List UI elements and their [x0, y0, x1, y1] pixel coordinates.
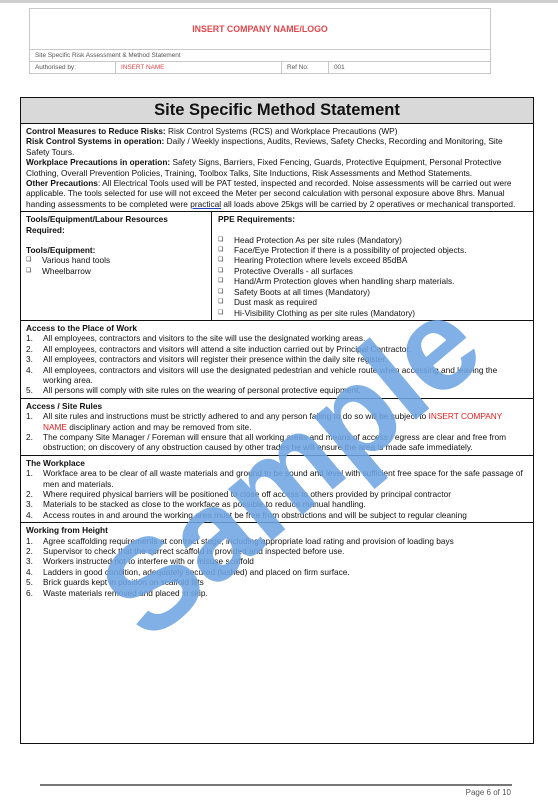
- list-item: ❑Dust mask as required: [218, 297, 528, 307]
- list-item: 6.Waste materials removed and placed in …: [26, 588, 528, 598]
- workplace-item: Access routes in and around the working …: [43, 510, 467, 520]
- list-item: ❑Protective Overalls - all surfaces: [218, 266, 528, 276]
- ppe-item: Protective Overalls - all surfaces: [234, 266, 353, 276]
- access-item: All employees, contractors and visitors …: [43, 354, 387, 364]
- checkbox-icon: ❑: [218, 266, 234, 276]
- control-measures-label: Control Measures to Reduce Risks:: [26, 126, 166, 136]
- checkbox-icon: ❑: [218, 255, 234, 265]
- access-item: All persons will comply with site rules …: [43, 385, 361, 395]
- rule-text: disciplinary action and may be removed f…: [67, 422, 251, 432]
- height-item: Waste materials removed and placed in sk…: [43, 588, 208, 598]
- risk-control-label: Risk Control Systems in operation:: [26, 136, 164, 146]
- list-item: 2.Where required physical barriers will …: [26, 489, 528, 499]
- list-item: 2.The company Site Manager / Foreman wil…: [26, 432, 528, 453]
- page-number: Page 6 of 10: [466, 788, 511, 797]
- checkbox-icon: ❑: [218, 245, 234, 255]
- tools-subheading: Tools/Equipment:: [26, 245, 95, 255]
- height-heading: Working from Height: [26, 525, 108, 535]
- list-item: 5.Brick guards kept in position on scaff…: [26, 577, 528, 587]
- checkbox-icon: ❑: [26, 266, 42, 276]
- access-rules-section: Access / Site Rules 1.All site rules and…: [21, 399, 533, 456]
- list-item: ❑Head Protection As per site rules (Mand…: [218, 235, 528, 245]
- ref-label: Ref No:: [282, 62, 329, 73]
- workplace-section: The Workplace 1.Workface area to be clea…: [21, 456, 533, 523]
- control-measures-text: Risk Control Systems (RCS) and Workplace…: [166, 126, 398, 136]
- ppe-section: PPE Requirements: ❑Head Protection As pe…: [212, 212, 533, 320]
- list-item: 4.All employees, contractors and visitor…: [26, 365, 528, 386]
- company-logo-placeholder: INSERT COMPANY NAME/LOGO: [30, 9, 490, 50]
- list-item: ❑Various hand tools: [26, 255, 206, 265]
- list-item: 2.All employees, contractors and visitor…: [26, 344, 528, 354]
- list-item: 5.All persons will comply with site rule…: [26, 385, 528, 395]
- workplace-list: 1.Workface area to be clear of all waste…: [26, 468, 528, 520]
- access-list: 1.All employees, contractors and visitor…: [26, 333, 528, 395]
- checkbox-icon: ❑: [218, 235, 234, 245]
- list-item: ❑Safety Boots at all times (Mandatory): [218, 287, 528, 297]
- access-rules-heading: Access / Site Rules: [26, 401, 102, 411]
- footer-divider: [40, 784, 512, 786]
- list-item: 3.All employees, contractors and visitor…: [26, 354, 528, 364]
- checkbox-icon: ❑: [218, 287, 234, 297]
- ppe-item: Safety Boots at all times (Mandatory): [234, 287, 370, 297]
- other-precautions-label: Other Precautions: [26, 178, 98, 188]
- list-item: 3.Materials to be stacked as close to th…: [26, 499, 528, 509]
- workplace-heading: The Workplace: [26, 458, 85, 468]
- document-header: INSERT COMPANY NAME/LOGO Site Specific R…: [29, 8, 491, 74]
- tools-list: ❑Various hand tools ❑Wheelbarrow: [26, 255, 206, 276]
- ppe-item: Hi-Visibility Clothing as per site rules…: [234, 308, 415, 318]
- access-item: All employees, contractors and visitors …: [43, 333, 365, 343]
- ref-value: 001: [329, 62, 490, 73]
- height-item: Workers instructed not to interfere with…: [43, 556, 254, 566]
- list-item: ❑Hearing Protection where levels exceed …: [218, 255, 528, 265]
- list-item: 3.Workers instructed not to interfere wi…: [26, 556, 528, 566]
- checkbox-icon: ❑: [218, 276, 234, 286]
- height-item: Brick guards kept in position on scaffol…: [43, 577, 204, 587]
- list-item: 1.All employees, contractors and visitor…: [26, 333, 528, 343]
- authorised-by-value: INSERT NAME: [116, 62, 282, 73]
- height-list: 1.Agree scaffolding requirements at cont…: [26, 536, 528, 598]
- list-item: 4.Access routes in and around the workin…: [26, 510, 528, 520]
- workplace-item: Workface area to be clear of all waste m…: [43, 468, 528, 489]
- access-rules-list: 1.All site rules and instructions must b…: [26, 411, 528, 453]
- tools-section: Tools/Equipment/Labour Resources Require…: [21, 212, 212, 320]
- height-item: Supervisor to check that the correct sca…: [43, 546, 344, 556]
- list-item: 2.Supervisor to check that the correct s…: [26, 546, 528, 556]
- access-item: All employees, contractors and visitors …: [43, 344, 411, 354]
- workplace-item: Materials to be stacked as close to the …: [43, 499, 366, 509]
- list-item: 4.Ladders in good condition, adequately …: [26, 567, 528, 577]
- height-item: Agree scaffolding requirements at contra…: [43, 536, 454, 546]
- checkbox-icon: ❑: [26, 255, 42, 265]
- ppe-item: Hearing Protection where levels exceed 8…: [234, 255, 407, 265]
- list-item: 1.Workface area to be clear of all waste…: [26, 468, 528, 489]
- list-item: ❑Hi-Visibility Clothing as per site rule…: [218, 308, 528, 318]
- list-item: ❑Wheelbarrow: [26, 266, 206, 276]
- doc-title: Site Specific Risk Assessment & Method S…: [30, 50, 490, 61]
- access-section: Access to the Place of Work 1.All employ…: [21, 321, 533, 399]
- list-item: ❑Face/Eye Protection if there is a possi…: [218, 245, 528, 255]
- workplace-precautions-label: Workplace Precautions in operation:: [26, 157, 170, 167]
- access-heading: Access to the Place of Work: [26, 323, 137, 333]
- control-measures-section: Control Measures to Reduce Risks: Risk C…: [21, 124, 533, 212]
- ppe-item: Head Protection As per site rules (Manda…: [234, 235, 402, 245]
- top-bar: [0, 0, 558, 3]
- tool-item: Wheelbarrow: [42, 266, 91, 276]
- height-section: Working from Height 1.Agree scaffolding …: [21, 523, 533, 600]
- checkbox-icon: ❑: [218, 297, 234, 307]
- doc-title-row: Site Specific Risk Assessment & Method S…: [30, 50, 490, 62]
- ppe-item: Face/Eye Protection if there is a possib…: [234, 245, 466, 255]
- authorisation-row: Authorised by: INSERT NAME Ref No: 001: [30, 62, 490, 73]
- ppe-heading: PPE Requirements:: [218, 214, 295, 224]
- ppe-list: ❑Head Protection As per site rules (Mand…: [218, 235, 528, 318]
- other-precautions-text-b: all loads above 25kgs will be carried by…: [221, 199, 515, 209]
- workplace-item: Where required physical barriers will be…: [43, 489, 451, 499]
- tools-heading: Tools/Equipment/Labour Resources Require…: [26, 214, 168, 234]
- rule-text: All site rules and instructions must be …: [43, 411, 429, 421]
- list-item: 1.All site rules and instructions must b…: [26, 411, 528, 432]
- method-statement-box: Site Specific Method Statement Control M…: [20, 97, 534, 744]
- authorised-by-label: Authorised by:: [30, 62, 116, 73]
- rule-text: The company Site Manager / Foreman will …: [43, 432, 528, 453]
- tool-item: Various hand tools: [42, 255, 110, 265]
- ppe-item: Hand/Arm Protection gloves when handling…: [234, 276, 454, 286]
- other-precautions-underlined: practical: [190, 199, 221, 209]
- list-item: ❑Hand/Arm Protection gloves when handlin…: [218, 276, 528, 286]
- page-title: Site Specific Method Statement: [21, 98, 533, 124]
- access-item: All employees, contractors and visitors …: [43, 365, 528, 386]
- ppe-item: Dust mask as required: [234, 297, 317, 307]
- height-item: Ladders in good condition, adequately se…: [43, 567, 350, 577]
- checkbox-icon: ❑: [218, 308, 234, 318]
- list-item: 1.Agree scaffolding requirements at cont…: [26, 536, 528, 546]
- resources-ppe-row: Tools/Equipment/Labour Resources Require…: [21, 212, 533, 321]
